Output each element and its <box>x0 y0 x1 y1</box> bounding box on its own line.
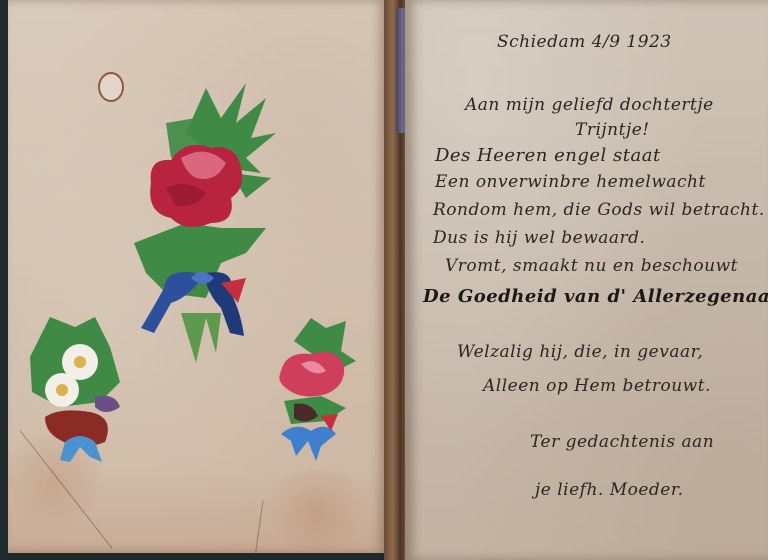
left-page <box>8 0 386 553</box>
verse-line-6: De Goedheid van d' Allerzegenaar. <box>423 286 768 307</box>
verse-line-5: Vromt, smaakt nu en beschouwt <box>445 256 738 276</box>
verse2-line-2: Alleen op Hem betrouwt. <box>483 376 711 396</box>
closing-line: Ter gedachtenis aan <box>530 432 714 452</box>
rose-bouquet-icon <box>126 78 286 368</box>
recipient-name: Trijntje! <box>575 120 650 140</box>
verse-line-3: Rondom hem, die Gods wil betracht. <box>433 200 765 220</box>
punched-hole <box>98 72 124 102</box>
dateline: Schiedam 4/9 1923 <box>497 32 672 52</box>
verse2-line-1: Welzalig hij, die, in gevaar, <box>457 342 703 362</box>
verse-line-4: Dus is hij wel bewaard. <box>433 228 645 248</box>
age-stain <box>258 470 378 550</box>
verse-line-2: Een onverwinbre hemelwacht <box>435 172 706 192</box>
greeting: Aan mijn geliefd dochtertje <box>465 95 714 115</box>
right-page: Schiedam 4/9 1923 Aan mijn geliefd docht… <box>405 0 768 560</box>
small-rose-bouquet-icon <box>266 316 361 466</box>
daisy-bouquet-icon <box>20 312 135 472</box>
signature: je liefh. Moeder. <box>535 480 684 500</box>
photo-scene: Schiedam 4/9 1923 Aan mijn geliefd docht… <box>0 0 768 560</box>
verse-line-1: Des Heeren engel staat <box>435 145 661 166</box>
